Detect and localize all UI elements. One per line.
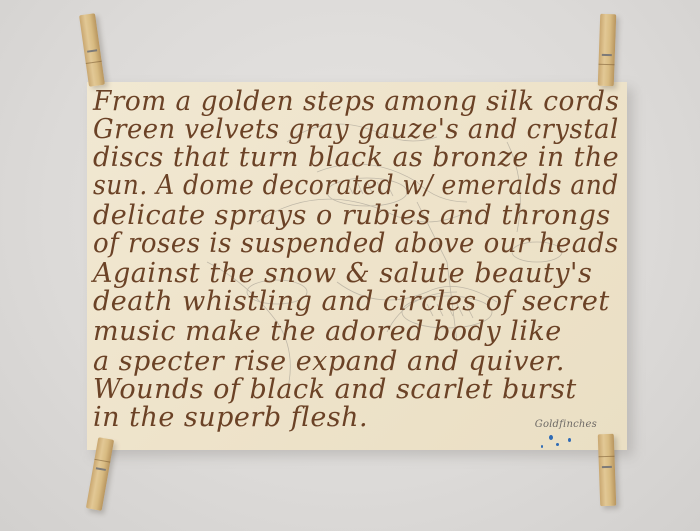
poem-line-5: delicate sprays o rubies and throngs (93, 200, 611, 231)
poem-line-10: a specter rise expand and quiver. (93, 346, 565, 377)
poem-line-11: Wounds of black and scarlet burst (93, 374, 577, 405)
poem-line-6: of roses is suspended above our heads (93, 228, 619, 259)
clothespin-bottom-right (598, 434, 617, 507)
blue-ink-spot (568, 438, 571, 442)
poem-line-4: sun. A dome decorated w/ emeralds and (93, 170, 619, 201)
poem-line-2: Green velvets gray gauze's and crystal (93, 114, 619, 145)
blue-ink-spot (541, 445, 543, 448)
poem-line-7: Against the snow & salute beauty's (93, 258, 592, 289)
blue-ink-spot (549, 435, 553, 440)
clothespin-top-right (598, 14, 617, 87)
poem-line-8: death whistling and circles of secret (93, 286, 610, 317)
sketch-caption: Goldfinches (535, 419, 597, 430)
handwritten-poem-sheet: From a golden steps among silk cords Gre… (87, 82, 627, 450)
poem-line-3: discs that turn black as bronze in the (93, 142, 619, 173)
poem-line-9: music make the adored body like (93, 316, 562, 347)
poem-line-1: From a golden steps among silk cords (93, 86, 619, 117)
blue-ink-spot (556, 443, 559, 446)
clothespin-top-left (79, 13, 105, 87)
poem-line-12: in the superb flesh. (93, 402, 368, 433)
